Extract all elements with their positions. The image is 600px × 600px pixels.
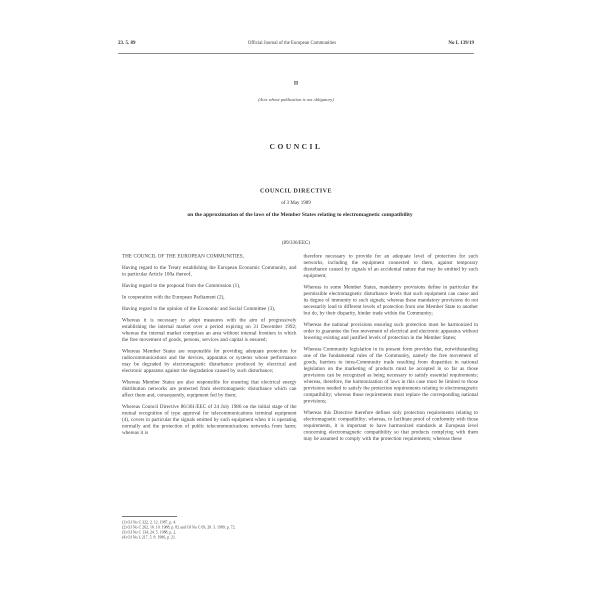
body-paragraph: Whereas in some Member States, mandatory…	[304, 284, 479, 317]
directive-date: of 3 May 1989	[118, 200, 474, 206]
body-paragraph: Whereas this Directive therefore defines…	[304, 410, 479, 443]
body-left-column: THE COUNCIL OF THE EUROPEAN COMMUNITIES,…	[122, 253, 297, 447]
body-paragraph: Whereas Member States are responsible fo…	[122, 348, 297, 374]
document-page: 23. 5. 89 Official Journal of the Europe…	[0, 0, 600, 600]
body-right-column: therefore necessary to provide for an ad…	[304, 253, 479, 447]
body-paragraph: Having regard to the opinion of the Econ…	[122, 306, 297, 313]
body-paragraph: Whereas Member States are also responsib…	[122, 379, 297, 399]
journal-title: Official Journal of the European Communi…	[248, 41, 336, 46]
directive-reference: (89/336/EEC)	[118, 240, 474, 246]
journal-header: 23. 5. 89 Official Journal of the Europe…	[118, 40, 474, 46]
body-paragraph: THE COUNCIL OF THE EUROPEAN COMMUNITIES,	[122, 253, 297, 260]
body-paragraph: Whereas it is necessary to adopt measure…	[122, 317, 297, 343]
body-paragraph: Having regard to the Treaty establishing…	[122, 265, 297, 278]
header-rule	[118, 53, 474, 54]
footnotes-block: (1) OJ No C 322, 2. 12. 1987, p. 4.(2) O…	[122, 520, 307, 540]
page-number: No L 139/19	[448, 40, 474, 46]
directive-kind: COUNCIL DIRECTIVE	[118, 187, 474, 195]
institution-heading: COUNCIL	[118, 143, 474, 152]
body-paragraph: In cooperation with the European Parliam…	[122, 294, 297, 301]
section-numeral: II	[118, 80, 474, 86]
directive-subject: on the approximation of the laws of the …	[150, 211, 450, 218]
section-note: (Acts whose publication is not obligator…	[118, 97, 474, 102]
body-paragraph: Whereas Community legislation in its pre…	[304, 346, 479, 405]
body-paragraph: Whereas the national provisions ensuring…	[304, 322, 479, 342]
body-paragraph: therefore necessary to provide for an ad…	[304, 253, 479, 279]
scan-content: 23. 5. 89 Official Journal of the Europe…	[0, 0, 600, 600]
header-date: 23. 5. 89	[118, 40, 136, 46]
body-paragraph: Whereas Council Directive 86/361/EEC of …	[122, 404, 297, 437]
footnote-rule	[122, 516, 177, 517]
body-paragraph: Having regard to the proposal from the C…	[122, 283, 297, 290]
footnote-item: (4) OJ No L 217, 5. 8. 1986, p. 21.	[122, 535, 307, 540]
body-columns: THE COUNCIL OF THE EUROPEAN COMMUNITIES,…	[122, 253, 478, 447]
